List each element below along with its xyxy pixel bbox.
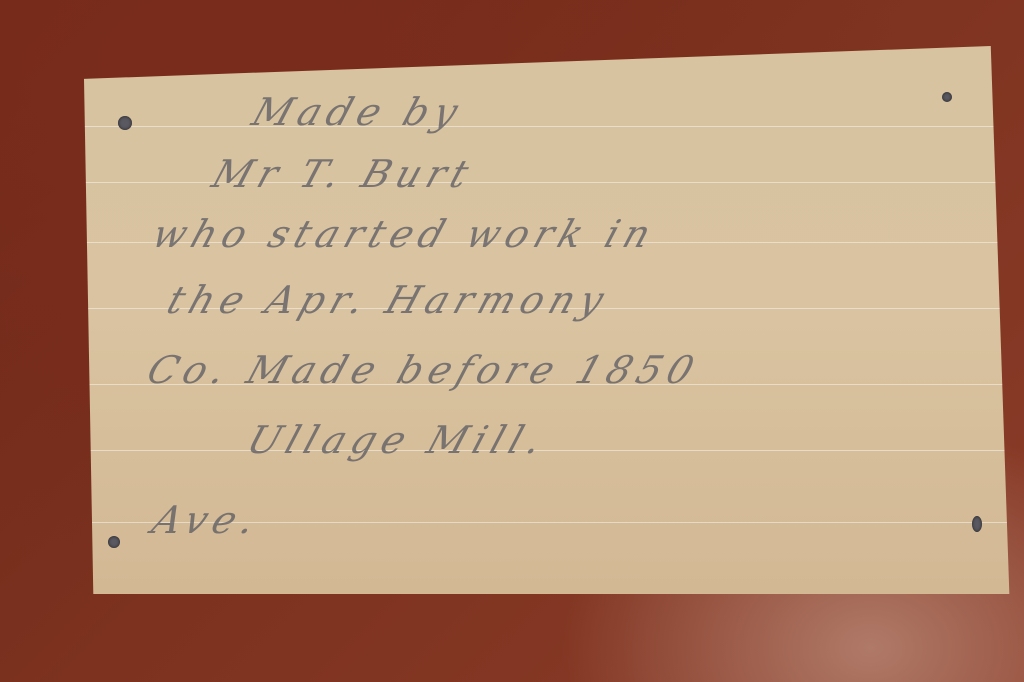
note-line-5: Co. Made before 1850 xyxy=(142,348,705,392)
note-line-4: the Apr. Harmony xyxy=(162,278,615,322)
note-line-1: Made by xyxy=(247,90,470,134)
note-line-3: who started work in xyxy=(147,212,662,256)
pin-hole-top-right xyxy=(942,92,952,102)
pin-hole-top-left xyxy=(118,116,132,130)
note-line-6: Ullage Mill. xyxy=(242,418,554,462)
pin-hole-bottom-right xyxy=(972,516,982,532)
pin-hole-bottom-left xyxy=(108,536,120,548)
handwritten-note: Made by Mr T. Burt who started work in t… xyxy=(84,46,1014,594)
note-line-7: Ave. xyxy=(147,498,267,542)
note-line-2: Mr T. Burt xyxy=(207,152,480,196)
